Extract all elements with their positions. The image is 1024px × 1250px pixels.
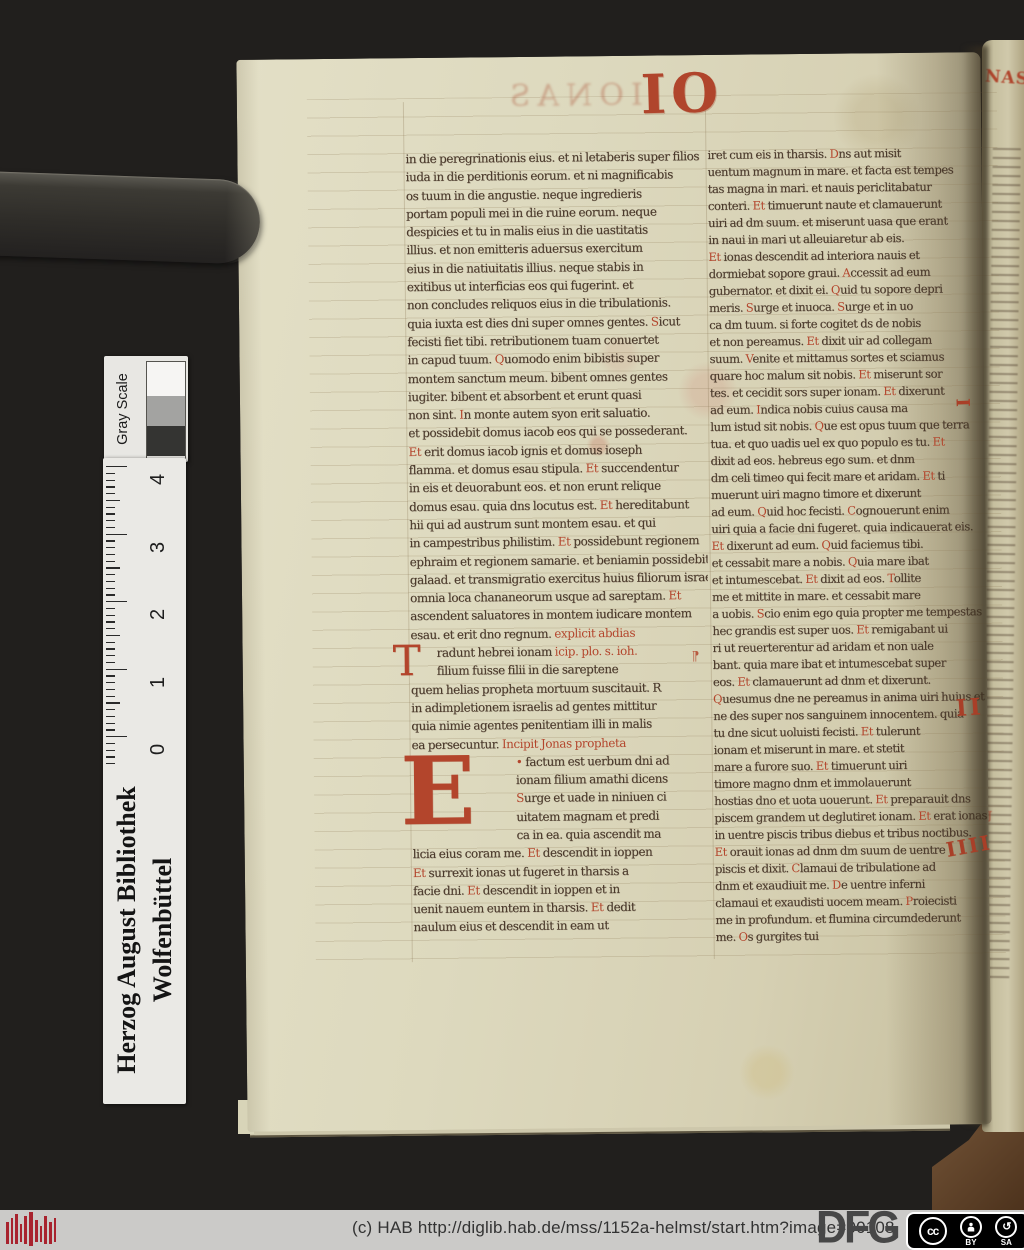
manuscript-line: naulum eius et descendit in eam ut	[413, 915, 711, 936]
ruler-tick	[106, 588, 115, 589]
ruler-tick	[106, 500, 120, 501]
marginal-paragraph-mark: ¶	[692, 648, 699, 663]
ruler-tick	[106, 655, 115, 656]
ruler-tick	[106, 574, 115, 575]
copyright-text: (c) HAB http://diglib.hab.de/mss/1152a-h…	[352, 1218, 895, 1238]
ruler-tick	[106, 493, 115, 494]
library-name-line1: Herzog August Bibliothek	[109, 762, 145, 1098]
cc-sa-label: SA	[1001, 1239, 1012, 1247]
ruler-tick	[106, 513, 115, 514]
ruler-tick	[106, 567, 120, 568]
ruler-tick	[106, 486, 115, 487]
running-title: IO	[640, 60, 724, 126]
rubricated-initial-e: E	[400, 749, 476, 834]
cc-by-item: BY	[960, 1216, 982, 1247]
chapter-mark-i: I	[952, 398, 973, 407]
ruler-tick	[106, 750, 115, 751]
ruler-tick	[106, 675, 115, 676]
ruler-tick	[106, 756, 115, 757]
photo-background: NAS ʃʃ IONAS IO in die peregrinationis e…	[0, 0, 1024, 1250]
manuscript-line: flamma. et domus esau stipula. Et succen…	[409, 458, 707, 479]
manuscript-page: IONAS IO in die peregrinationis eius. et…	[236, 52, 991, 1132]
ruler-tick	[106, 709, 115, 710]
ruler-tick	[106, 669, 127, 670]
library-name-line2: Wolfenbüttel	[145, 762, 181, 1098]
ruler-tick	[106, 635, 120, 636]
ruler-tick	[106, 473, 115, 474]
ruler-tick	[106, 520, 115, 521]
ruler-tick	[106, 648, 115, 649]
page-holder-clip	[0, 171, 261, 264]
ruler-number: 2	[147, 598, 169, 620]
ruler-tick	[106, 507, 115, 508]
manuscript-column-right: iret cum eis in tharsis. Dns aut misitue…	[707, 144, 995, 947]
ruler-tick	[106, 594, 115, 595]
ruler-number: 0	[147, 733, 169, 755]
ruler-tick	[106, 621, 115, 622]
cc-icon: cc	[919, 1217, 947, 1245]
ruler-tick	[106, 736, 127, 737]
manuscript-line: et possidebit domus iacob eos qui se pos…	[408, 421, 706, 442]
ruler-tick	[106, 628, 115, 629]
library-label: Herzog August Bibliothek Wolfenbüttel	[105, 762, 189, 1098]
footer-bar: (c) HAB http://diglib.hab.de/mss/1152a-h…	[0, 1210, 1024, 1250]
manuscript-line: quia iuxta est dies dni super omnes gent…	[407, 312, 705, 333]
grayscale-step-gray	[147, 396, 185, 426]
ruler-number: 3	[147, 531, 169, 553]
ruler-card: 43210 Herzog August Bibliothek Wolfenbüt…	[103, 458, 186, 1104]
ruler-tick	[106, 540, 115, 541]
cc-by-label: BY	[965, 1239, 976, 1247]
ruler-tick	[106, 601, 127, 602]
manuscript-line: lum istud sit nobis. Que est opus tuum q…	[710, 416, 990, 436]
book-gutter-shadow	[962, 46, 988, 1126]
ruler-tick	[106, 581, 115, 582]
manuscript-line: uentum magnum in mare. et facta est temp…	[708, 161, 988, 181]
ruler-tick	[106, 716, 115, 717]
ruler-tick	[106, 561, 115, 562]
ruler-tick	[106, 466, 127, 467]
cc-sa-item: ↺ SA	[995, 1216, 1017, 1247]
ruler-tick	[106, 689, 115, 690]
ruler-tick	[106, 527, 115, 528]
dfg-logo: DFG	[816, 1203, 898, 1250]
ruler-tick	[106, 642, 115, 643]
grayscale-bar	[146, 361, 186, 459]
rubricated-initial-t: T	[393, 642, 421, 680]
grayscale-step-black	[147, 426, 185, 456]
ruler-tick	[106, 547, 115, 548]
ruler-tick	[106, 723, 115, 724]
show-through-title: IONAS	[473, 78, 643, 115]
chapter-mark-ii: II	[955, 693, 984, 722]
ruler-tick	[106, 702, 120, 703]
ruler-tick	[106, 615, 115, 616]
cc-sa-icon: ↺	[995, 1216, 1017, 1238]
grayscale-label: Gray Scale	[110, 356, 136, 462]
manuscript-line: in campestribus philistim. Et possidebun…	[409, 531, 707, 552]
ruler-tick	[106, 682, 115, 683]
manuscript-line: uiri ad dm suum. et miserunt uasa que er…	[708, 212, 988, 232]
ruler-number: 1	[147, 666, 169, 688]
ruler-tick	[106, 608, 115, 609]
grayscale-card: Gray Scale	[104, 356, 188, 462]
ruler-number: 4	[147, 463, 169, 485]
manuscript-line: uiri quia a facie dni fugeret. quia indi…	[711, 518, 991, 538]
cc-by-person-icon	[960, 1216, 982, 1238]
manuscript-line: iuda in die perditionis eorum. et ni mag…	[406, 165, 704, 186]
manuscript-line: ne des super nos sanguinem innocentem. q…	[713, 705, 993, 725]
manuscript-line: ascendent saluatores in montem iudicare …	[410, 604, 708, 625]
grayscale-label-wrap: Gray Scale	[110, 356, 136, 462]
ruler-tick	[106, 534, 127, 535]
ruler-tick	[106, 743, 115, 744]
ruler-tick	[106, 554, 115, 555]
manuscript-line: a uobis. Scio enim ego quia propter me t…	[712, 603, 992, 623]
ruler-tick	[106, 729, 115, 730]
manuscript-line: me in profundum. et flumina circumdederu…	[715, 909, 995, 929]
manuscript-line: me. Os gurgites tui	[716, 926, 996, 946]
ruler-tick	[106, 662, 115, 663]
cc-license-badge: cc BY ↺ SA	[906, 1212, 1024, 1250]
manuscript-line: montem sanctum meum. bibent omnes gentes	[408, 367, 706, 388]
barcode-icon	[6, 1212, 58, 1248]
manuscript-line: domus esau. quia dns locutus est. Et her…	[409, 495, 707, 516]
ruler-tick	[106, 480, 115, 481]
library-label-wrap: Herzog August Bibliothek Wolfenbüttel	[105, 762, 185, 1098]
grayscale-step-white	[147, 362, 185, 396]
ruler-tick	[106, 696, 115, 697]
facing-page-running-title: NAS	[984, 66, 1024, 89]
